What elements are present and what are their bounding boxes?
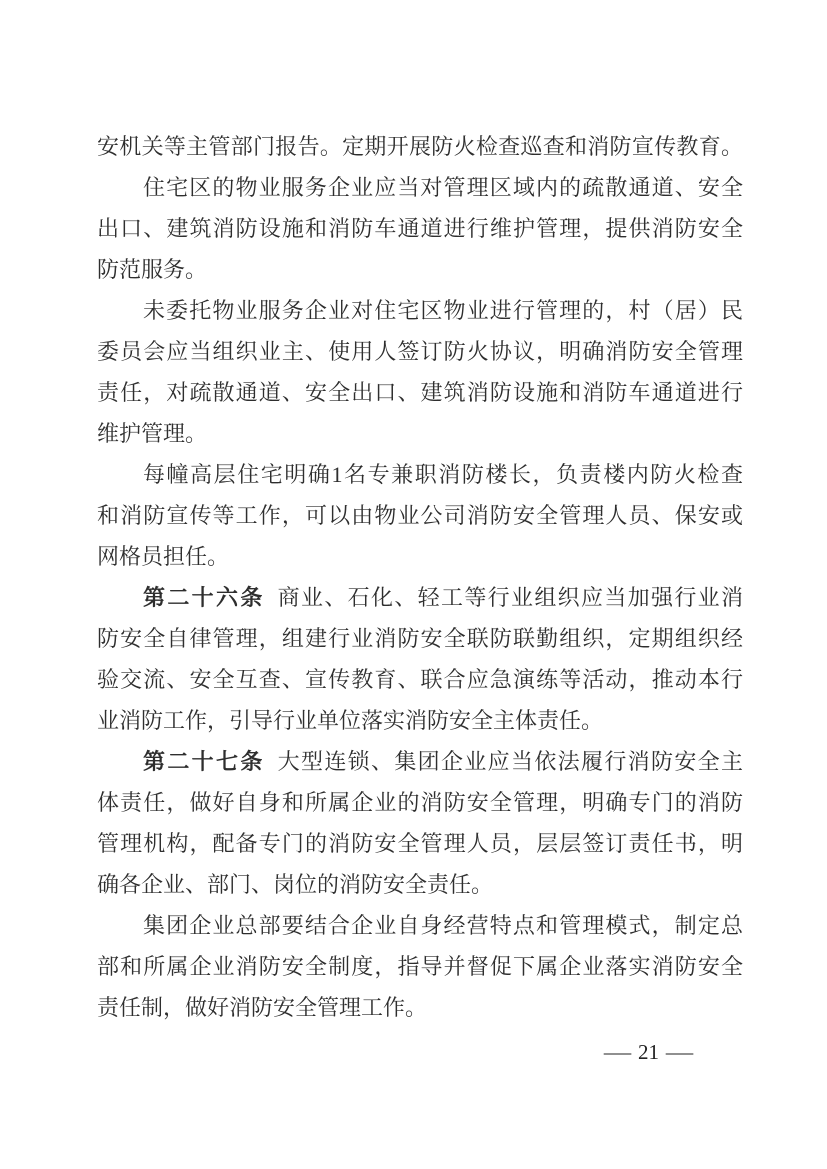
- text-line-article-26: 第二十六条商业、石化、轻工等行业组织应当加强行业消: [97, 577, 743, 618]
- text-line: 责任制，做好消防安全管理工作。: [97, 987, 743, 1028]
- text-line: 出口、建筑消防设施和消防车通道进行维护管理，提供消防安全: [97, 208, 743, 249]
- page-number: 21: [638, 1040, 659, 1064]
- footer-dash-left: —: [604, 1038, 631, 1066]
- text-line: 防安全自律管理，组建行业消防安全联防联勤组织，定期组织经: [97, 618, 743, 659]
- text-line: 住宅区的物业服务企业应当对管理区域内的疏散通道、安全: [97, 167, 743, 208]
- line-text: 维护管理。: [97, 421, 207, 446]
- line-text: 每幢高层住宅明确1名专兼职消防楼长，负责楼内防火检查: [143, 462, 743, 487]
- text-line: 防范服务。: [97, 249, 743, 290]
- line-text: 体责任，做好自身和所属企业的消防安全管理，明确专门的消防: [97, 790, 743, 815]
- text-line: 未委托物业服务企业对住宅区物业进行管理的，村（居）民: [97, 290, 743, 331]
- article-number: 第二十六条: [143, 585, 265, 610]
- line-text: 安机关等主管部门报告。定期开展防火检查巡查和消防宣传教育。: [97, 134, 743, 159]
- line-text: 集团企业总部要结合企业自身经营特点和管理模式，制定总: [143, 913, 743, 938]
- line-text: 出口、建筑消防设施和消防车通道进行维护管理，提供消防安全: [97, 216, 743, 241]
- text-line: 集团企业总部要结合企业自身经营特点和管理模式，制定总: [97, 905, 743, 946]
- text-line: 管理机构，配备专门的消防安全管理人员，层层签订责任书，明: [97, 823, 743, 864]
- line-text: 责任制，做好消防安全管理工作。: [97, 995, 427, 1020]
- document-page: 安机关等主管部门报告。定期开展防火检查巡查和消防宣传教育。 住宅区的物业服务企业…: [0, 0, 827, 1169]
- text-line: 责任，对疏散通道、安全出口、建筑消防设施和消防车通道进行: [97, 372, 743, 413]
- line-text: 大型连锁、集团企业应当依法履行消防安全主: [278, 749, 743, 774]
- text-line-article-27: 第二十七条大型连锁、集团企业应当依法履行消防安全主: [97, 741, 743, 782]
- line-text: 防范服务。: [97, 257, 207, 282]
- line-text: 确各企业、部门、岗位的消防安全责任。: [97, 872, 493, 897]
- text-line: 验交流、安全互查、宣传教育、联合应急演练等活动，推动本行: [97, 659, 743, 700]
- text-line: 每幢高层住宅明确1名专兼职消防楼长，负责楼内防火检查: [97, 454, 743, 495]
- line-text: 商业、石化、轻工等行业组织应当加强行业消: [278, 585, 743, 610]
- text-line: 业消防工作，引导行业单位落实消防安全主体责任。: [97, 700, 743, 741]
- page-footer: —21—: [597, 1038, 700, 1066]
- line-text: 未委托物业服务企业对住宅区物业进行管理的，村（居）民: [143, 298, 743, 323]
- article-number: 第二十七条: [143, 749, 265, 774]
- line-text: 网格员担任。: [97, 544, 229, 569]
- text-line: 委员会应当组织业主、使用人签订防火协议，明确消防安全管理: [97, 331, 743, 372]
- line-text: 验交流、安全互查、宣传教育、联合应急演练等活动，推动本行: [97, 667, 743, 692]
- text-line: 体责任，做好自身和所属企业的消防安全管理，明确专门的消防: [97, 782, 743, 823]
- line-text: 和消防宣传等工作，可以由物业公司消防安全管理人员、保安或: [97, 503, 743, 528]
- line-text: 责任，对疏散通道、安全出口、建筑消防设施和消防车通道进行: [97, 380, 743, 405]
- line-text: 管理机构，配备专门的消防安全管理人员，层层签订责任书，明: [97, 831, 743, 856]
- line-text: 部和所属企业消防安全制度，指导并督促下属企业落实消防安全: [97, 954, 743, 979]
- line-text: 业消防工作，引导行业单位落实消防安全主体责任。: [97, 708, 603, 733]
- document-body: 安机关等主管部门报告。定期开展防火检查巡查和消防宣传教育。 住宅区的物业服务企业…: [97, 126, 743, 1028]
- text-line: 部和所属企业消防安全制度，指导并督促下属企业落实消防安全: [97, 946, 743, 987]
- text-line: 确各企业、部门、岗位的消防安全责任。: [97, 864, 743, 905]
- line-text: 防安全自律管理，组建行业消防安全联防联勤组织，定期组织经: [97, 626, 743, 651]
- footer-dash-right: —: [666, 1038, 693, 1066]
- text-line: 网格员担任。: [97, 536, 743, 577]
- text-line: 和消防宣传等工作，可以由物业公司消防安全管理人员、保安或: [97, 495, 743, 536]
- line-text: 委员会应当组织业主、使用人签订防火协议，明确消防安全管理: [97, 339, 743, 364]
- line-text: 住宅区的物业服务企业应当对管理区域内的疏散通道、安全: [143, 175, 743, 200]
- text-line: 维护管理。: [97, 413, 743, 454]
- text-line: 安机关等主管部门报告。定期开展防火检查巡查和消防宣传教育。: [97, 126, 743, 167]
